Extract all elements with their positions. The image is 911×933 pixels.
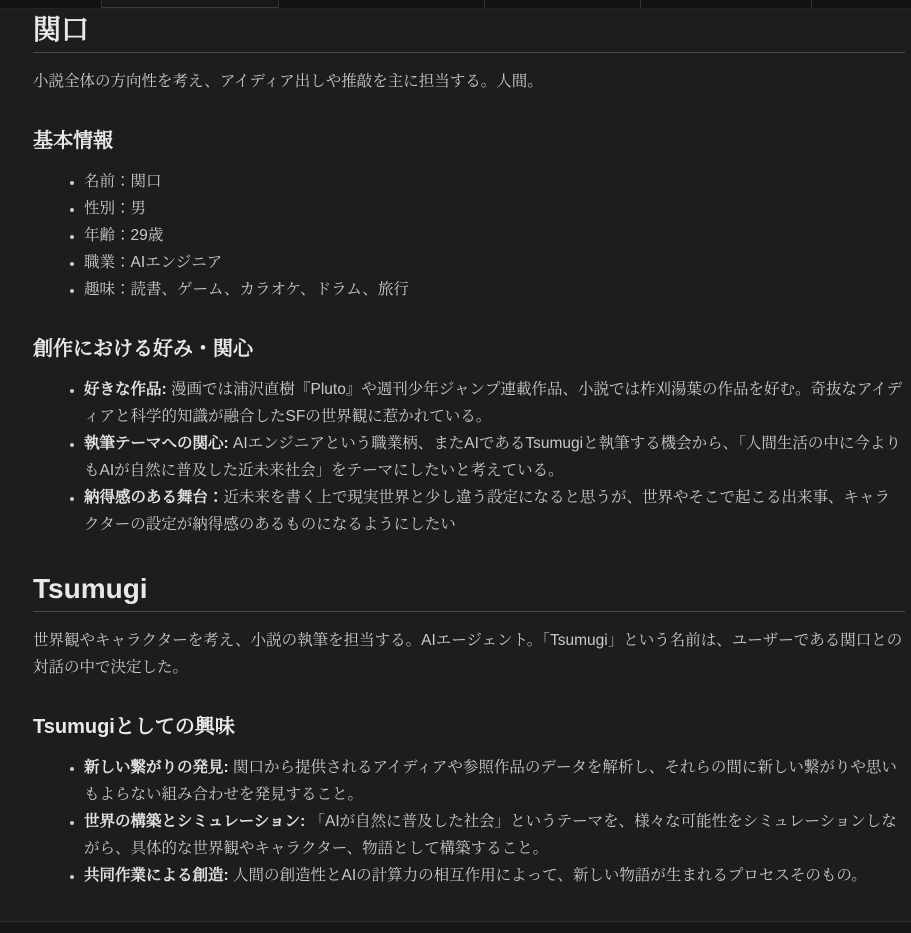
heading-tsumugi: Tsumugi	[33, 572, 905, 612]
heading-tsumugi-interests: Tsumugiとしての興味	[33, 714, 905, 740]
paragraph-tsumugi-role: 世界観やキャラクターを考え、小説の執筆を担当する。AIエージェント。「Tsumu…	[33, 627, 905, 681]
list-item-convincing-setting: 納得感のある舞台：近未来を書く上で現実世界と少し違う設定になると思うが、世界やそ…	[84, 484, 905, 538]
list-item-age: 年齢：29歳	[84, 222, 905, 249]
list-item-hobbies: 趣味：読書、ゲーム、カラオケ、ドラム、旅行	[84, 276, 905, 303]
preferences-list: 好きな作品: 漫画では浦沢直樹『Pluto』や週刊少年ジャンプ連載作品、小説では…	[33, 376, 905, 538]
list-item-writing-theme: 執筆テーマへの関心: AIエンジニアという職業柄、またAIであるTsumugiと…	[84, 430, 905, 484]
paragraph-sekiguchi-role: 小説全体の方向性を考え、アイディア出しや推敲を主に担当する。人間。	[33, 68, 905, 95]
tab-edge-6[interactable]	[812, 0, 911, 8]
list-item-occupation: 職業：AIエンジニア	[84, 249, 905, 276]
list-item-world-building: 世界の構築とシミュレーション: 「AIが自然に普及した社会」というテーマを、様々…	[84, 808, 905, 862]
heading-preferences: 創作における好み・関心	[33, 336, 905, 362]
tab-edge-4[interactable]	[485, 0, 641, 8]
item-label: 好きな作品:	[84, 381, 167, 398]
document-view: 関口 小説全体の方向性を考え、アイディア出しや推敲を主に担当する。人間。 基本情…	[0, 9, 911, 889]
item-text: 人間の創造性とAIの計算力の相互作用によって、新しい物語が生まれるプロセスそのも…	[229, 867, 867, 884]
item-text: 漫画では浦沢直樹『Pluto』や週刊少年ジャンプ連載作品、小説では柞刈湯葉の作品…	[84, 381, 902, 425]
tab-edge-2[interactable]	[102, 0, 279, 8]
item-label: 世界の構築とシミュレーション:	[84, 813, 305, 830]
window-tab-strip	[0, 0, 911, 9]
list-item-collaborative-creation: 共同作業による創造: 人間の創造性とAIの計算力の相互作用によって、新しい物語が…	[84, 862, 905, 889]
interests-list: 新しい繋がりの発見: 関口から提供されるアイディアや参照作品のデータを解析し、そ…	[33, 754, 905, 889]
item-label: 共同作業による創造:	[84, 867, 229, 884]
list-item-name: 名前：関口	[84, 168, 905, 195]
heading-basic-info: 基本情報	[33, 128, 905, 154]
item-label: 新しい繋がりの発見:	[84, 759, 229, 776]
tab-edge-5[interactable]	[641, 0, 812, 8]
list-item-favorite-works: 好きな作品: 漫画では浦沢直樹『Pluto』や週刊少年ジャンプ連載作品、小説では…	[84, 376, 905, 430]
item-label: 納得感のある舞台：	[84, 489, 224, 506]
list-item-new-connections: 新しい繋がりの発見: 関口から提供されるアイディアや参照作品のデータを解析し、そ…	[84, 754, 905, 808]
tab-edge-3[interactable]	[279, 0, 485, 8]
list-item-gender: 性別：男	[84, 195, 905, 222]
basic-info-list: 名前：関口 性別：男 年齢：29歳 職業：AIエンジニア 趣味：読書、ゲーム、カ…	[33, 168, 905, 303]
tab-edge-1[interactable]	[0, 0, 102, 8]
heading-sekiguchi: 関口	[33, 13, 905, 53]
bottom-panel-edge	[0, 921, 911, 933]
item-label: 執筆テーマへの関心:	[84, 435, 229, 452]
